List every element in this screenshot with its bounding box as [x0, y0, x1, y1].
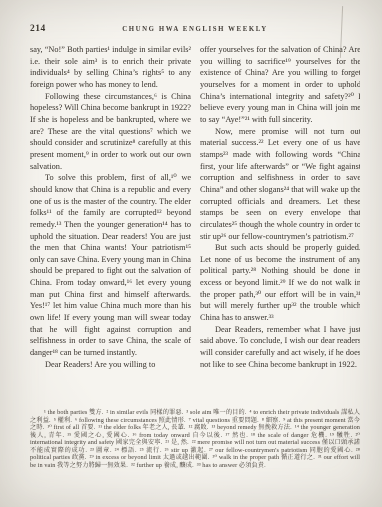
footnote: ⁶ following these circumstances 照此情形. [75, 417, 186, 424]
footnote: ⁷ vital questions 重要問題. [189, 417, 259, 424]
footnote: ⁸ 細察. [262, 417, 280, 424]
footnote: ¹⁸ the scale of danger 危機. [251, 432, 327, 439]
footnote: ¹ the both parties 雙方. [44, 409, 103, 416]
paragraph: Now, mere promise will not turn out mate… [200, 126, 360, 243]
publication-title: CHUNG HWA ENGLISH WEEKLY [30, 26, 360, 33]
page-header: 214 CHUNG HWA ENGLISH WEEKLY [30, 24, 360, 38]
footnote: ¹³ beyond remedy 無挽救方法. [211, 424, 291, 431]
footnote: ²⁹ in excess or beyond limit 太過或越出範圍. [90, 454, 210, 461]
footnote: ¹⁹ 犧牲. [330, 432, 353, 439]
footnote: ¹⁷ 然也. [225, 432, 248, 439]
footnote: ² in similar evils 同樣的罪惡. [106, 409, 183, 416]
footnote: ²⁶ stir up 激起. [165, 447, 206, 454]
paragraph: say, “No!” Both parties¹ indulge in simi… [30, 44, 191, 91]
footnote: ⁵ 權利. [54, 417, 72, 424]
footnote: ²¹ 是, 然. [165, 439, 188, 446]
magazine-page: 214 CHUNG HWA ENGLISH WEEKLY say, “No!” … [0, 0, 382, 507]
left-column: say, “No!” Both parties¹ indulge in simi… [30, 44, 191, 400]
footnote: ²³ 圖章. [90, 447, 112, 454]
footnote: ¹⁰ first of all 首要. [47, 424, 95, 431]
footnote: ³³ has to answer 必須負責. [197, 462, 266, 469]
paragraph: Dear Readers, remember what I have just … [200, 324, 360, 371]
footnote: ³ sole aim 唯一的目的. [186, 409, 246, 416]
footnote: ²⁵ 流行. [140, 447, 162, 454]
footnote: ³⁰ walk in the proper path 循正道行之. [213, 454, 315, 461]
paragraph: Dear Readers! Are you willing to [30, 359, 191, 371]
footnote: ¹² 腐敗. [189, 424, 209, 431]
footnote: ¹⁶ from today onward 自今以後. [132, 432, 222, 439]
paragraph: But such acts should be properly guided.… [200, 242, 360, 324]
paragraph: offer yourselves for the salvation of Ch… [200, 44, 360, 126]
footnotes-block: ¹ the both parties 雙方.² in similar evils… [30, 409, 360, 469]
paragraph: To solve this problem, first of all,¹⁰ w… [30, 172, 191, 359]
footnote: ²⁴ 標語. [115, 447, 137, 454]
footnote: ²⁷ our fellow-countrymen's patriotism 同胞… [209, 447, 353, 454]
footnote: ¹¹ the elder folks 年老之人, 長輩. [98, 424, 185, 431]
footnote: ¹⁵ 愛國之心, 愛國心. [67, 432, 129, 439]
paragraph: Following these circumstances,⁶ is China… [30, 91, 191, 173]
footnote: ³² further up 養成, 釀成. [131, 462, 194, 469]
right-column: offer yourselves for the salvation of Ch… [200, 44, 360, 400]
article-body: say, “No!” Both parties¹ indulge in simi… [30, 44, 360, 400]
